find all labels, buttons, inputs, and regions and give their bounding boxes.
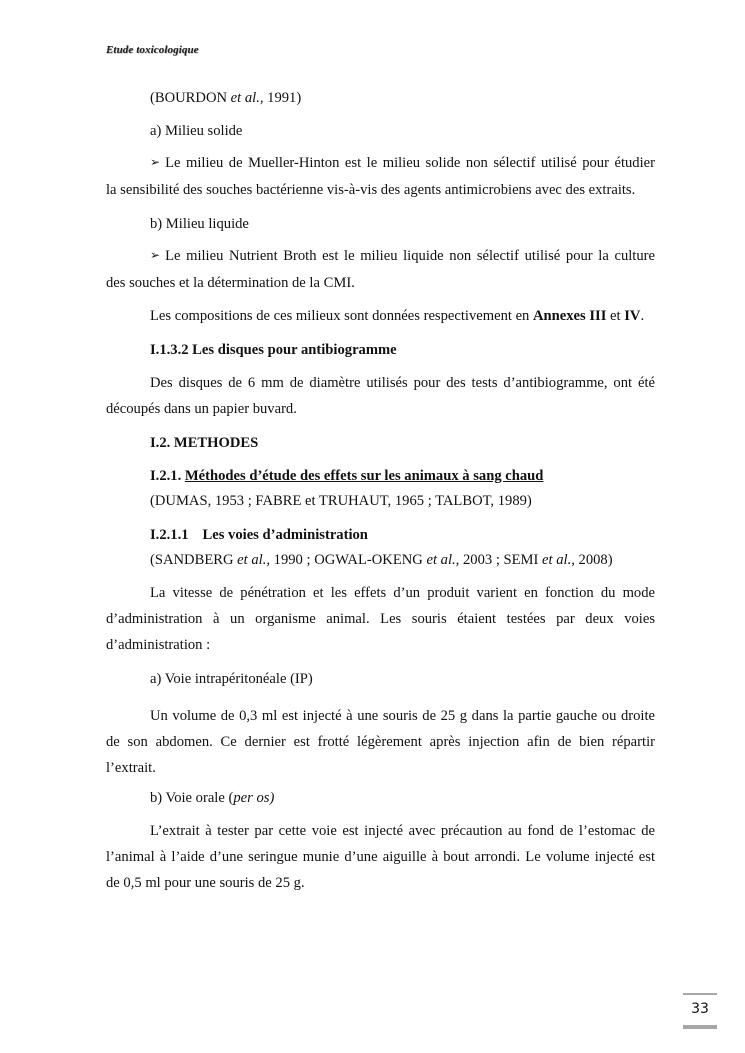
- item-milieu-solide: a) Milieu solide: [150, 122, 242, 140]
- paragraph-text: Le milieu Nutrient Broth est le milieu l…: [165, 248, 655, 264]
- heading-methodes-animaux: I.2.1. Méthodes d’étude des effets sur l…: [150, 467, 543, 485]
- paragraph-text: Les compositions de ces milieux sont don…: [150, 308, 533, 324]
- volume-ip-line-1: Un volume de 0,3 ml est injecté à une so…: [106, 703, 655, 729]
- arrow-bullet-icon: ➢: [150, 155, 160, 169]
- ref-text: (SANDBERG: [150, 552, 237, 568]
- ref-etal: et al.,: [542, 552, 575, 568]
- reference-sandberg: (SANDBERG et al., 1990 ; OGWAL-OKENG et …: [150, 551, 613, 569]
- heading-disques: I.1.3.2 Les disques pour antibiogramme: [150, 341, 397, 359]
- section-title: Les voies d’administration: [203, 527, 368, 543]
- section-title: Méthodes d’étude des effets sur les anim…: [185, 468, 544, 484]
- oral-line-1: L’extrait à tester par cette voie est in…: [106, 818, 655, 844]
- paragraph-text: .: [640, 308, 644, 324]
- ref-etal: et al.,: [231, 90, 264, 106]
- annex-reference: IV: [624, 308, 640, 324]
- nutrient-line-1: ➢Le milieu Nutrient Broth est le milieu …: [106, 243, 655, 269]
- running-header: Etude toxicologique: [106, 44, 199, 56]
- disques-line-2: découpés dans un papier buvard.: [106, 400, 297, 418]
- section-number: I.2.1.: [150, 468, 185, 484]
- annex-reference: Annexes III: [533, 308, 606, 324]
- volume-ip-line-3: l’extrait.: [106, 759, 156, 777]
- item-voie-ip: a) Voie intrapéritonéale (IP): [150, 670, 313, 688]
- vitesse-line-1: La vitesse de pénétration et les effets …: [106, 580, 655, 606]
- paragraph-text: et: [606, 308, 624, 324]
- item-text: b) Voie orale (: [150, 790, 233, 806]
- ref-text: 2003 ; SEMI: [459, 552, 542, 568]
- heading-methodes: I.2. METHODES: [150, 434, 258, 452]
- oral-line-3: de 0,5 ml pour une souris de 25 g.: [106, 874, 305, 892]
- ref-etal: et al.,: [237, 552, 270, 568]
- volume-ip-line-2: de son abdomen. Ce dernier est frotté lé…: [106, 729, 655, 755]
- item-milieu-liquide: b) Milieu liquide: [150, 215, 249, 233]
- heading-voies-administration: I.2.1.1Les voies d’administration: [150, 526, 368, 544]
- mueller-line-1: ➢Le milieu de Mueller-Hinton est le mili…: [106, 150, 655, 176]
- mueller-line-2: la sensibilité des souches bactérienne v…: [106, 181, 635, 199]
- nutrient-line-2: des souches et la détermination de la CM…: [106, 274, 355, 292]
- ref-text: 1990 ; OGWAL-OKENG: [270, 552, 426, 568]
- compositions-paragraph: Les compositions de ces milieux sont don…: [150, 307, 644, 325]
- section-number: I.2.1.1: [150, 527, 189, 543]
- page-number: 33: [683, 993, 717, 1029]
- item-voie-orale: b) Voie orale (per os): [150, 789, 274, 807]
- disques-line-1: Des disques de 6 mm de diamètre utilisés…: [106, 370, 655, 396]
- ref-text: (BOURDON: [150, 90, 231, 106]
- ref-text: 2008): [575, 552, 613, 568]
- paragraph-text: Le milieu de Mueller-Hinton est le milie…: [165, 155, 655, 171]
- ref-etal: et al.,: [426, 552, 459, 568]
- reference-bourdon: (BOURDON et al., 1991): [150, 89, 301, 107]
- reference-dumas: (DUMAS, 1953 ; FABRE et TRUHAUT, 1965 ; …: [150, 492, 532, 510]
- arrow-bullet-icon: ➢: [150, 248, 160, 262]
- item-italic: per os): [233, 790, 274, 806]
- vitesse-line-2: d’administration à un organisme animal. …: [106, 606, 655, 632]
- ref-text: 1991): [264, 90, 302, 106]
- vitesse-line-3: d’administration :: [106, 636, 210, 654]
- oral-line-2: l’animal à l’aide d’une seringue munie d…: [106, 844, 655, 870]
